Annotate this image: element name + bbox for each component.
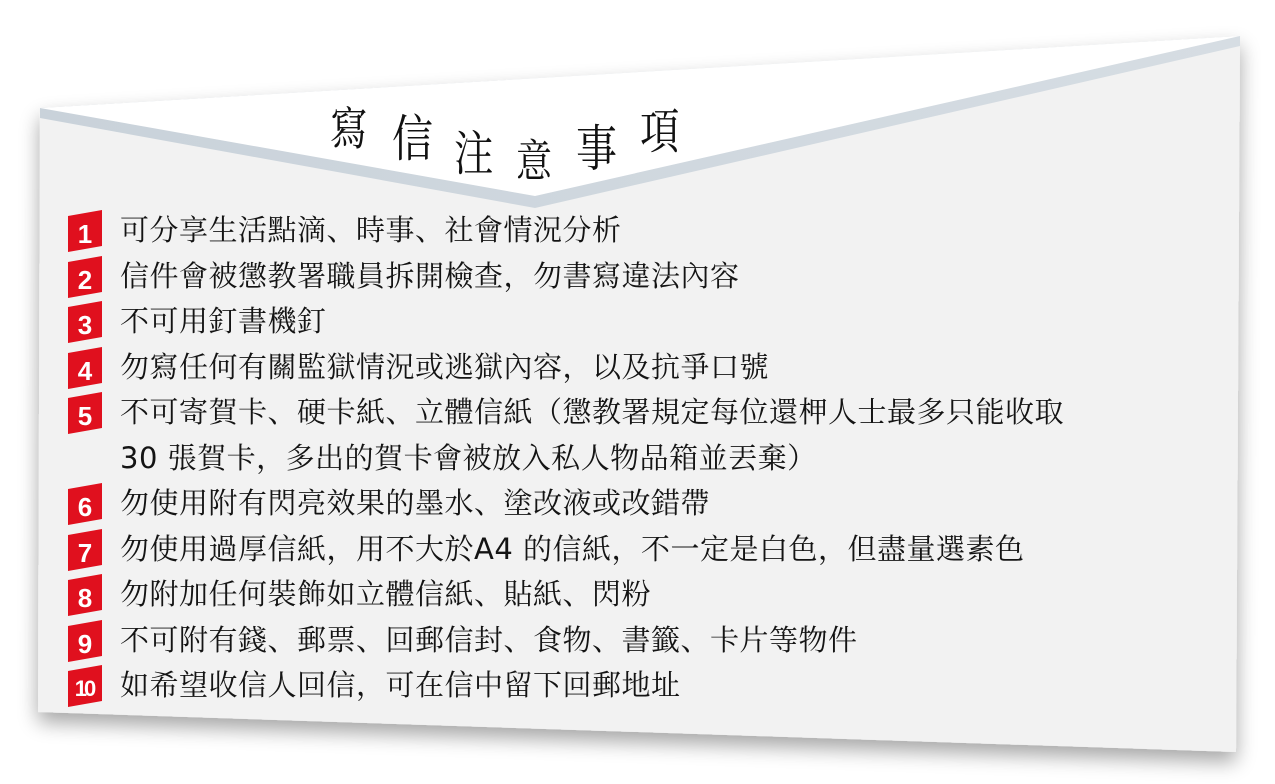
number-badge: 5 [66, 392, 104, 436]
infographic: 寫 信 注 意 事 項 1 可分享生活點滴、時事、社會情況分析 2 信件會被懲教… [0, 0, 1275, 784]
rule-item-9: 9 不可附有錢、郵票、回郵信封、食物、書籤、卡片等物件 [66, 618, 1226, 664]
rule-item-10: 10 如希望收信人回信，可在信中留下回郵地址 [66, 663, 1226, 709]
title-char: 寫 [330, 106, 368, 152]
title-char: 項 [640, 108, 679, 156]
rule-text: 勿使用附有閃亮效果的墨水、塗改液或改錯帶 [120, 481, 710, 527]
number-badge: 10 [66, 665, 104, 709]
rule-text: 不可用釘書機釘 [120, 299, 327, 345]
rule-item-1: 1 可分享生活點滴、時事、社會情況分析 [66, 208, 1226, 254]
rule-item-4: 4 勿寫任何有關監獄情況或逃獄內容，以及抗爭口號 [66, 345, 1226, 391]
rule-text-line: 不可寄賀卡、硬卡紙、立體信紙（懲教署規定每位還柙人士最多只能收取 [120, 390, 1064, 436]
number-badge: 8 [66, 574, 104, 618]
rule-text: 不可寄賀卡、硬卡紙、立體信紙（懲教署規定每位還柙人士最多只能收取 30 張賀卡，… [120, 390, 1064, 481]
rule-text: 勿寫任何有關監獄情況或逃獄內容，以及抗爭口號 [120, 345, 769, 391]
title-char: 注 [454, 130, 493, 178]
number-badge: 7 [66, 529, 104, 573]
page-title: 寫 信 注 意 事 項 [0, 0, 1275, 200]
number-badge: 1 [66, 210, 104, 254]
rule-text: 如希望收信人回信，可在信中留下回郵地址 [120, 663, 681, 709]
number-badge: 4 [66, 347, 104, 391]
rule-item-8: 8 勿附加任何裝飾如立體信紙、貼紙、閃粉 [66, 572, 1226, 618]
rules-list: 1 可分享生活點滴、時事、社會情況分析 2 信件會被懲教署職員拆開檢查，勿書寫違… [66, 208, 1226, 709]
rule-text: 不可附有錢、郵票、回郵信封、食物、書籤、卡片等物件 [120, 618, 858, 664]
title-char: 信 [392, 114, 433, 164]
number-badge: 6 [66, 483, 104, 527]
rule-item-6: 6 勿使用附有閃亮效果的墨水、塗改液或改錯帶 [66, 481, 1226, 527]
title-char: 事 [576, 124, 617, 174]
number-badge: 3 [66, 301, 104, 345]
rule-text: 可分享生活點滴、時事、社會情況分析 [120, 208, 622, 254]
number-badge: 9 [66, 620, 104, 664]
rule-item-5: 5 不可寄賀卡、硬卡紙、立體信紙（懲教署規定每位還柙人士最多只能收取 30 張賀… [66, 390, 1226, 481]
rule-text: 勿附加任何裝飾如立體信紙、貼紙、閃粉 [120, 572, 651, 618]
rule-text-line: 30 張賀卡，多出的賀卡會被放入私人物品箱並丟棄） [120, 436, 1064, 482]
rule-text: 勿使用過厚信紙，用不大於A4 的信紙，不一定是白色，但盡量選素色 [120, 527, 1025, 573]
rule-item-2: 2 信件會被懲教署職員拆開檢查，勿書寫違法內容 [66, 254, 1226, 300]
rule-text: 信件會被懲教署職員拆開檢查，勿書寫違法內容 [120, 254, 740, 300]
rule-item-3: 3 不可用釘書機釘 [66, 299, 1226, 345]
number-badge: 2 [66, 256, 104, 300]
rule-item-7: 7 勿使用過厚信紙，用不大於A4 的信紙，不一定是白色，但盡量選素色 [66, 527, 1226, 573]
title-char: 意 [516, 140, 552, 184]
